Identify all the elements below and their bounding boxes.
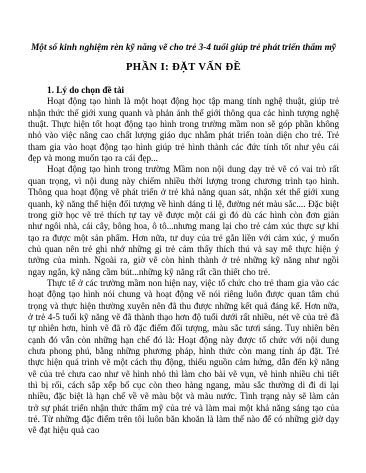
document-title: Một số kinh nghiệm rèn kỹ năng vẽ cho tr…	[28, 41, 339, 53]
section-heading: 1. Lý do chọn đề tài	[28, 85, 339, 96]
paragraph: Hoạt động tạo hình là một hoạt động học …	[28, 96, 339, 164]
paragraph: Thực tế ở các trường mầm non hiện nay, v…	[28, 278, 339, 437]
document-page: Một số kinh nghiệm rèn kỹ năng vẽ cho tr…	[0, 0, 366, 473]
paragraph: Hoạt động tạo hình trong trường Mầm non …	[28, 164, 339, 277]
part-heading: PHẦN I: ĐẶT VẤN ĐỀ	[28, 61, 339, 74]
